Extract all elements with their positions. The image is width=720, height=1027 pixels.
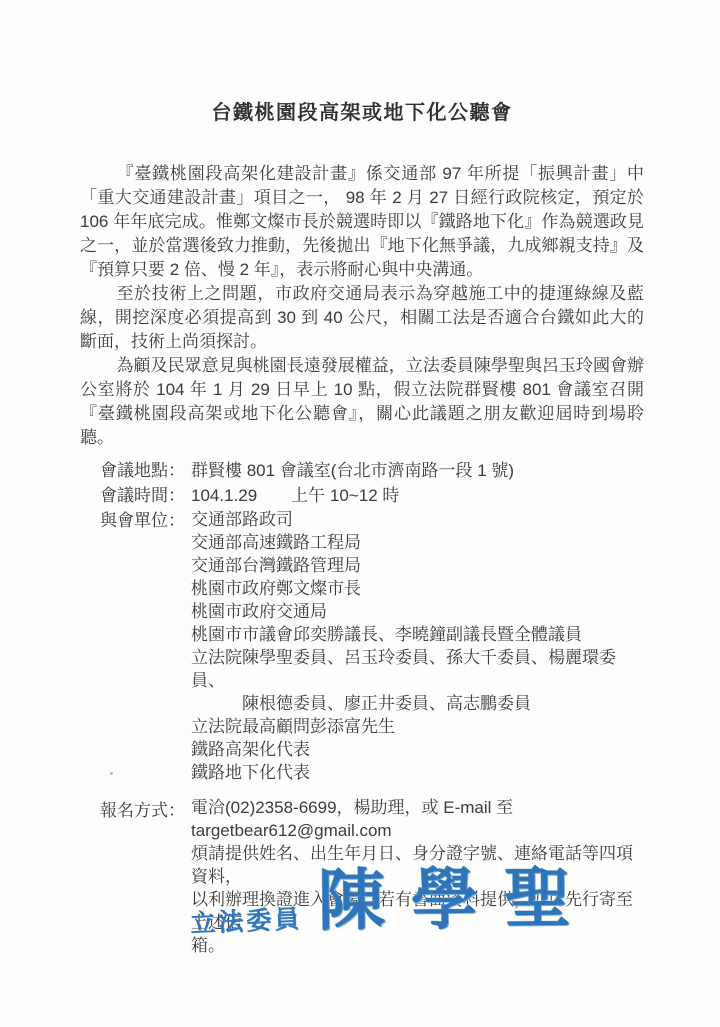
registration-line: 電洽(02)2358-6699，楊助理，或 E-mail 至 targetbea… [191, 796, 644, 842]
scan-artifact-speck [110, 772, 113, 775]
attendees-row: 與會單位： 交通部路政司交通部高速鐵路工程局交通部台灣鐵路管理局桃園市政府鄭文燦… [100, 508, 644, 784]
attendee-item: 立法院最高顧問彭添富先生 [191, 715, 644, 738]
attendee-item: 交通部台灣鐵路管理局 [191, 554, 644, 577]
paragraph-3: 為顧及民眾意見與桃園長遠發展權益，立法委員陳學聖與呂玉玲國會辦公室將於 104 … [80, 354, 644, 450]
attendee-item: 桃園市市議會邱奕勝議長、李曉鐘副議長暨全體議員 [191, 623, 644, 646]
meeting-info-section: 會議地點： 群賢樓 801 會議室(台北市濟南路一段 1 號) 會議時間： 10… [80, 458, 644, 784]
attendee-item: 鐵路地下化代表 [191, 761, 644, 784]
meeting-time-row: 會議時間： 104.1.29 上午 10~12 時 [100, 483, 644, 508]
stamp-name-text: 陳學聖 [318, 856, 598, 946]
attendee-item: 陳根德委員、廖正井委員、高志鵬委員 [191, 692, 644, 715]
meeting-time-value: 104.1.29 上午 10~12 時 [191, 483, 399, 508]
document-content: 台鐵桃園段高架或地下化公聽會 『臺鐵桃園段高架化建設計畫』係交通部 97 年所提… [80, 96, 644, 957]
attendee-item: 桃園市政府鄭文燦市長 [191, 577, 644, 600]
attendees-list: 交通部路政司交通部高速鐵路工程局交通部台灣鐵路管理局桃園市政府鄭文燦市長桃園市政… [191, 508, 644, 784]
scanned-document-page: 台鐵桃園段高架或地下化公聽會 『臺鐵桃園段高架化建設計畫』係交通部 97 年所提… [0, 0, 720, 1027]
attendee-item: 交通部路政司 [191, 508, 644, 531]
paragraph-1: 『臺鐵桃園段高架化建設計畫』係交通部 97 年所提「振興計畫」中「重大交通建設計… [80, 162, 644, 282]
attendee-item: 立法院陳學聖委員、呂玉玲委員、孫大千委員、楊麗環委員、 [191, 646, 644, 692]
meeting-location-row: 會議地點： 群賢樓 801 會議室(台北市濟南路一段 1 號) [100, 458, 644, 483]
meeting-location-value: 群賢樓 801 會議室(台北市濟南路一段 1 號) [191, 458, 514, 483]
attendee-item: 鐵路高架化代表 [191, 738, 644, 761]
legislator-stamp: 立法委員 陳學聖 [190, 856, 598, 947]
body-text: 『臺鐵桃園段高架化建設計畫』係交通部 97 年所提「振興計畫」中「重大交通建設計… [80, 162, 644, 450]
paragraph-2: 至於技術上之問題，市政府交通局表示為穿越施工中的捷運綠線及藍線，開挖深度必須提高… [80, 282, 644, 354]
attendee-item: 桃園市政府交通局 [191, 600, 644, 623]
meeting-location-label: 會議地點： [100, 458, 191, 483]
meeting-time-label: 會議時間： [100, 483, 191, 508]
attendees-label: 與會單位： [100, 508, 191, 784]
registration-label: 報名方式： [100, 796, 191, 957]
attendee-item: 交通部高速鐵路工程局 [191, 531, 644, 554]
page-title: 台鐵桃園段高架或地下化公聽會 [80, 96, 644, 125]
stamp-title-text: 立法委員 [189, 899, 303, 940]
